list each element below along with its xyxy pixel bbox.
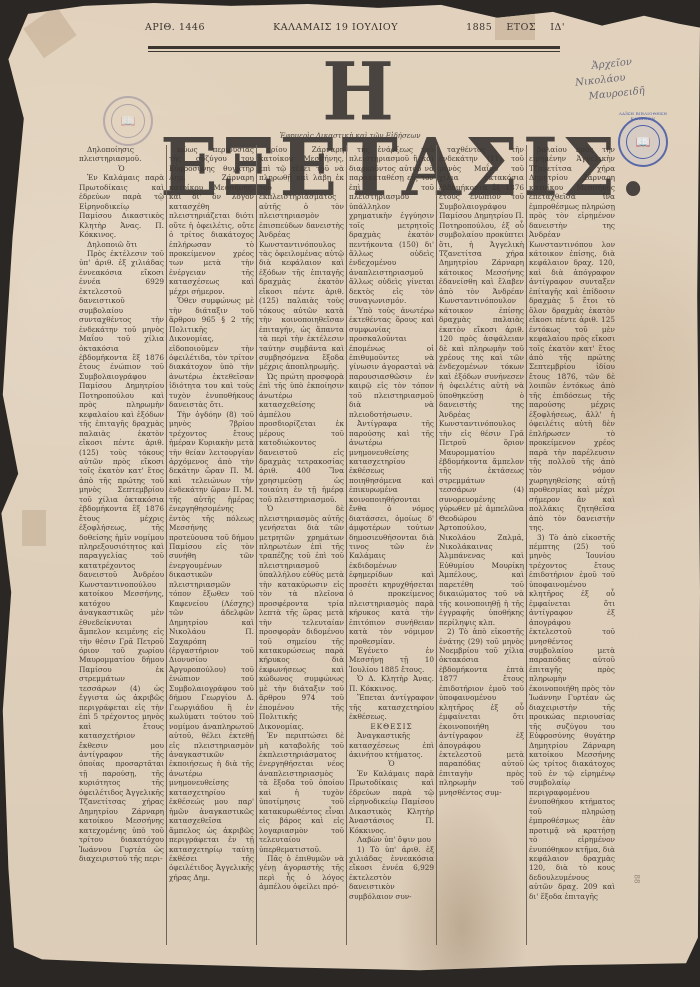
book-icon: 📖 — [626, 125, 660, 159]
paragraph: Ἐν Καλάμαις παρὰ Πρωτοδίκαις καὶ ἐδρεύων… — [349, 769, 434, 835]
paragraph: 1) Τὸ ὑπ' ἀριθ. ἑξ χιλιάδας ἐννεακόσια ε… — [349, 845, 434, 902]
paragraph: τῆς ἐνάρξεως τοῦ πλειστηριασμοῦ ἢ καὶ δι… — [349, 145, 434, 306]
stamp-text: ΛΑΪΚΗ ΒΙΒΛΙΟΘΗΚΗ ΚΑΛΑΜΩΝ — [612, 111, 674, 121]
tape-strip-left — [23, 6, 76, 58]
handwritten-note: Ἀρχεῖον Νικολάου Μαυροειδῆ — [563, 50, 677, 106]
paragraph: Τὴν ὀγδόην (8) τοῦ μηνὸς 7βρίου τρέχοντο… — [169, 410, 254, 883]
volume: ΙΔ' — [550, 22, 565, 33]
paragraph: Ἀντίγραφα τῆς παρούσης καὶ τῆς ἀνωτέρω μ… — [349, 419, 434, 646]
column-2: κώως περιουσίας τῆς συζύγου του Εὐφροσύν… — [167, 145, 257, 945]
newspaper-page: ΑΡΙΘ. 1446 ΚΑΛΑΜΑΙΣ 19 ΙΟΥΛΙΟΥ 1885 ΕΤΟΣ… — [0, 0, 700, 987]
paragraph: Ὑπὸ τοὺς ἀνωτέρω ἐκτεθέντας ὅρους καὶ συ… — [349, 306, 434, 419]
column-4: τῆς ἐνάρξεως τοῦ πλειστηριασμοῦ ἢ καὶ δι… — [347, 145, 437, 945]
paragraph: Λαβὼν ὑπ' ὄψιν μου — [349, 835, 434, 844]
paragraph: ταχθέντος τὴν ἑνδεκάτην (11) τοῦ μηνὸς Μ… — [439, 145, 524, 627]
paragraph: Δηλοποιῶ ὅτι — [79, 240, 164, 249]
paragraph: 3) Τὸ ἀπὸ εἰκοστῆς πέμπτης (25) τοῦ μηνὸ… — [529, 533, 615, 902]
paragraph: 2) Τὸ ἀπὸ εἰκοστῆς ἐνάτης (29) τοῦ μηνὸς… — [439, 627, 524, 797]
paragraph: βολαίου πρὸς τὴν εἰρημένην Ἀγγελικὴν Τζα… — [529, 145, 615, 533]
year-label: ΕΤΟΣ — [506, 22, 536, 33]
masthead-subtitle: Ἐφημερὶς Δικαστικὴ καὶ τῶν Εἰδήσεων — [240, 132, 460, 140]
year: 1885 — [466, 22, 492, 33]
book-icon: 📖 — [111, 104, 145, 138]
column-5: ταχθέντος τὴν ἑνδεκάτην (11) τοῦ μηνὸς Μ… — [437, 145, 527, 945]
paragraph: Ἀναγκαστικῆς κατασχέσεως ἐπὶ ἀκινήτου κτ… — [349, 731, 434, 759]
paragraph: Ἐν Καλάμαις παρὰ Πρωτοδίκαις καὶ ἐδρεύων… — [79, 173, 164, 239]
paragraph: Δηλοποίησις πλειστηριασμοῦ. — [79, 145, 164, 164]
dateline-bar: ΑΡΙΘ. 1446 ΚΑΛΑΜΑΙΣ 19 ΙΟΥΛΙΟΥ 1885 ΕΤΟΣ… — [145, 20, 565, 34]
paragraph: Ὁ δὲ πλειστηριασμὸς αὐτῆς γενήσεται διὰ … — [259, 504, 344, 731]
paragraph: Πᾶς ὁ ἐπιθυμῶν νὰ γένῃ ἀγοραστὴς τῆς περ… — [259, 854, 344, 892]
article-columns: Δηλοποίησις πλειστηριασμοῦ. Ὁ Ἐν Καλάμαι… — [77, 145, 617, 945]
paragraph: Ὁ — [79, 164, 164, 173]
dateline: ΚΑΛΑΜΑΙΣ 19 ΙΟΥΛΙΟΥ — [273, 22, 398, 33]
library-stamp-faded: 📖 — [103, 96, 153, 146]
library-stamp: 📖 ΛΑΪΚΗ ΒΙΒΛΙΟΘΗΚΗ ΚΑΛΑΜΩΝ — [618, 117, 668, 167]
issue-number: ΑΡΙΘ. 1446 — [145, 22, 205, 33]
signature: Ὁ Δ. Κλητὴρ Ἀνας. Π. Κόκκινος. — [349, 674, 434, 693]
column-3: τρίου Ζάρναρη κατοίκου Μεσσήνης, ἐπὶ τῷ … — [257, 145, 347, 945]
paragraph: Ἐν περιπτώσει δὲ μὴ καταβολῆς τοῦ ἐκπλει… — [259, 731, 344, 854]
paragraph: Ἕπεται ἀντίγραφον τῆς κατασχετηρίου ἐκθέ… — [349, 693, 434, 721]
paragraph: Ὡς πρώτη προσφορὰ ἐπὶ τῆς ὑπὸ ἐκποίησιν … — [259, 372, 344, 504]
paragraph: Ἐγένετο ἐν Μεσσήνῃ τῇ 10 Ἰουλίου 1885 ἔτ… — [349, 646, 434, 674]
year-info: 1885 ΕΤΟΣ ΙΔ' — [466, 22, 565, 33]
paragraph: τρίου Ζάρναρη κατοίκου Μεσσήνης, ἐπὶ τῷ … — [259, 145, 344, 372]
paragraph: Ὅθεν συμφώνως μὲ τὴν διάταξιν τοῦ ἄρθρου… — [169, 296, 254, 409]
paragraph: κώως περιουσίας τῆς συζύγου του Εὐφροσύν… — [169, 145, 254, 296]
section-heading: ΕΚΘΕΣΙΣ — [349, 722, 434, 731]
paragraph: Πρὸς ἐκτέλεσιν τοῦ ὑπ' ἀριθ. ἑξ χιλιάδας… — [79, 249, 164, 863]
column-6: βολαίου πρὸς τὴν εἰρημένην Ἀγγελικὴν Τζα… — [527, 145, 617, 945]
column-1: Δηλοποίησις πλειστηριασμοῦ. Ὁ Ἐν Καλάμαι… — [77, 145, 167, 945]
margin-number: 88 — [632, 875, 640, 884]
paragraph: Ὁ — [349, 759, 434, 768]
tape-strip-side — [22, 510, 46, 546]
masthead-title: Η ΕΞΕΤΑΣΙΣ. — [160, 54, 560, 130]
